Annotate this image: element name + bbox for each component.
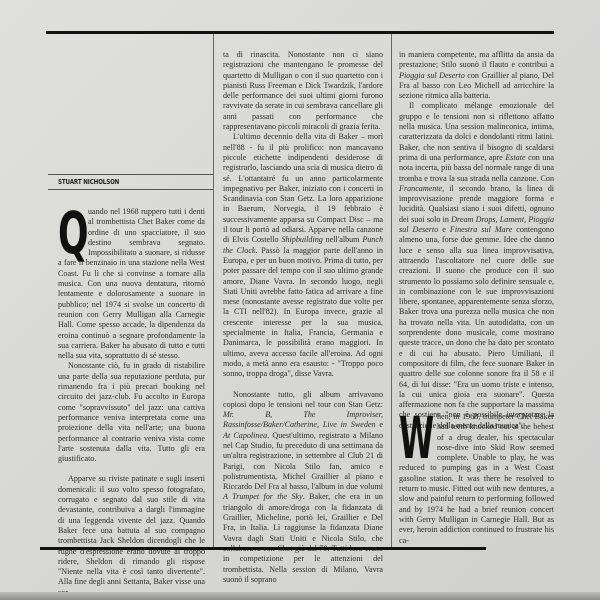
byline-top-rule <box>48 174 213 175</box>
article-column-2: ta di rinascita. Nonostante non ci siano… <box>223 50 383 585</box>
paragraph: Apparve su riviste patinate e sugli inse… <box>58 474 205 598</box>
column-divider-2 <box>391 34 392 547</box>
byline-author: STUART NICHOLSON <box>58 178 119 186</box>
document-page: STUART NICHOLSON Quando nel 1968 ruppero… <box>0 0 600 600</box>
article-english-section: When, in 1968, trumpeter Chet Baker had … <box>399 412 554 546</box>
column-divider-1 <box>213 34 214 547</box>
article-column-1: Quando nel 1968 ruppero tutti i denti al… <box>58 207 205 598</box>
paragraph: L'ultimo decennio della vita di Baker – … <box>223 132 383 379</box>
bottom-rule <box>40 547 486 550</box>
drop-cap-q: Q <box>58 209 73 257</box>
paragraph: Il complicato mélange emozionale del gru… <box>399 101 554 431</box>
album-titles: Mr. B, The Improviser, Rassinfosse/Baker… <box>223 410 383 429</box>
paragraph: Nonostante ciò, fu in grado di ristabili… <box>58 361 205 464</box>
paragraph: in maniera competente, ma afflitta da an… <box>399 50 554 101</box>
song-title: Finestra sul Mare <box>450 225 512 234</box>
paragraph: When, in 1968, trumpeter Chet Baker had … <box>399 412 554 546</box>
paragraph: Nonostante tutto, gli album arrivavano c… <box>223 390 383 586</box>
album-title: A Trumpet for the Sky <box>223 492 303 501</box>
album-title: At Capolinea <box>223 431 267 440</box>
top-rule <box>46 31 554 34</box>
song-title: Pioggia sul Deserto <box>399 71 465 80</box>
paragraph: Quando nel 1968 ruppero tutti i denti al… <box>58 207 205 361</box>
paragraph: ta di rinascita. Nonostante non ci siano… <box>223 50 383 132</box>
page-edge-shadow <box>0 592 600 600</box>
byline-bottom-rule <box>48 189 213 190</box>
song-title: Francamente <box>399 184 442 193</box>
song-title: Shipbuilding <box>281 235 322 244</box>
article-column-3: in maniera competente, ma afflitta da an… <box>399 50 554 431</box>
song-title: Estate <box>505 153 525 162</box>
drop-cap-w: W <box>399 414 417 462</box>
